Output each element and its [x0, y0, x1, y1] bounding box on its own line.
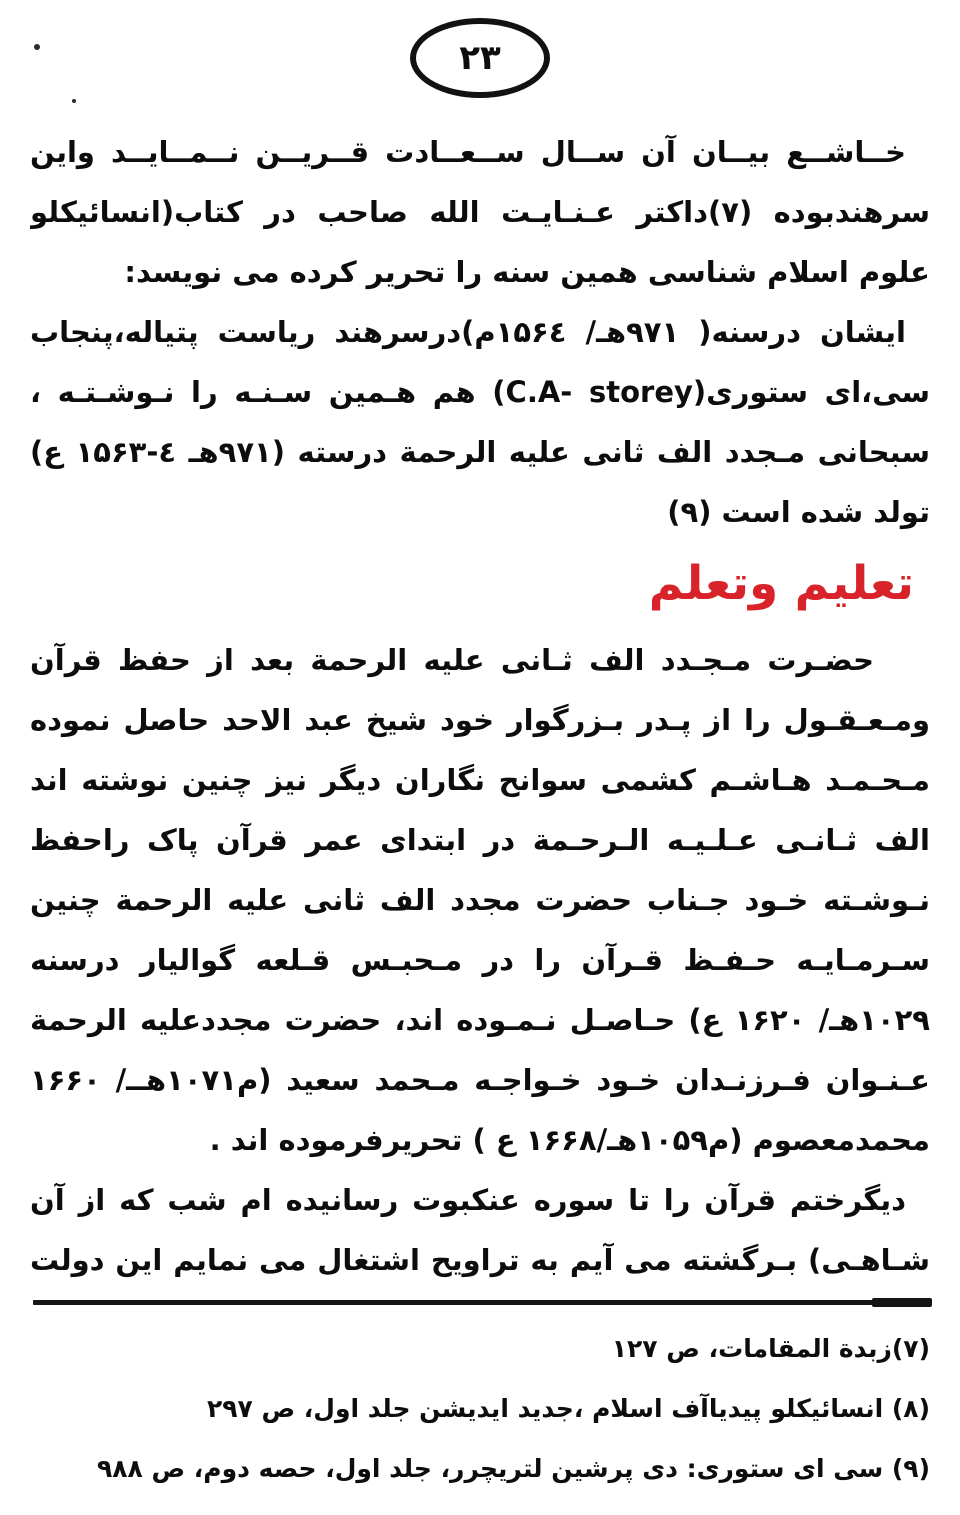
- body-line-11: شـاهـی) بـرگشته می آیم به تراویح اشتغال …: [30, 1230, 930, 1290]
- footnote-8: (۸) انسائیکلو پیدیاآف اسلام ،جدید ایدیشن…: [30, 1379, 930, 1439]
- body-line-4: الف ثـانـی عـلـیـه الـرحـمة در ابتدای عم…: [30, 810, 930, 870]
- intro-line-6: سبحانی مـجدد الف ثانی علیه الرحمة درسته …: [30, 422, 930, 482]
- body-line-9: محمدمعصوم (م۱۰۵۹هـ/۱۶۶۸ ع ) تحریرفرموده …: [30, 1110, 930, 1170]
- footnotes-block: (۷)زبدة المقامات، ص ۱۲۷ (۸) انسائیکلو پی…: [30, 1319, 930, 1499]
- intro-line-3: علوم اسلام شناسی همین سنه را تحریر کرده …: [30, 242, 930, 302]
- body-line-3: مـحـمـد هـاشـم کشمی سوانح نگاران دیگر نی…: [30, 750, 930, 810]
- body-line-5: نـوشـته خـود جـناب حضرت مجدد الف ثانی عل…: [30, 870, 930, 930]
- footnote-9: (۹) سی ای ستوری: دی پرشین لتریچرر، جلد ا…: [30, 1439, 930, 1499]
- body-line-8: عـنـوان فـرزنـدان خـود خـواجـه مـحمد سعی…: [30, 1050, 930, 1110]
- body-line-2: ومـعـقـول را از پـدر بـزرگوار خود شیخ عب…: [30, 690, 930, 750]
- intro-line-7: تولد شده است (۹): [30, 482, 930, 542]
- page-number: ۲۳: [459, 38, 501, 78]
- intro-line-4: ایشان درسنه( ۹۷۱هـ/ ۱۵۶٤م)درسرهند ریاست …: [30, 302, 930, 362]
- intro-line-2: سرهندبوده (۷)داکتر عـنـایـت الله صاحب در…: [30, 182, 930, 242]
- footnote-7: (۷)زبدة المقامات، ص ۱۲۷: [30, 1319, 930, 1379]
- book-page: ۲۳ خــاشــع بیــان آن ســال ســعــادت قـ…: [0, 0, 960, 1515]
- scan-speck: [34, 44, 40, 50]
- intro-line-5: سی،ای ستوری(C.A- storey) هم هـمین سـنـه …: [30, 362, 930, 422]
- body-line-7: ۱۰۲۹هـ/ ۱۶۲۰ ع) حـاصـل نـمـوده اند، حضرت…: [30, 990, 930, 1050]
- body-line-10: دیگرختم قرآن را تا سوره عنکبوت رسانیده ا…: [30, 1170, 930, 1230]
- section-heading: تعلیم وتعلم: [30, 548, 914, 620]
- footnote-separator: [33, 1300, 930, 1305]
- body-line-1: حضـرت مـجـدد الف ثـانی علیه الرحمة بعد ا…: [30, 630, 930, 690]
- page-number-badge: ۲۳: [410, 18, 550, 98]
- intro-line-1: خــاشــع بیــان آن ســال ســعــادت قــری…: [30, 122, 930, 182]
- page-content: خــاشــع بیــان آن ســال ســعــادت قــری…: [0, 98, 960, 1499]
- body-line-6: سـرمـایـه حـفـظ قـرآن را در مـحبـس قـلعه…: [30, 930, 930, 990]
- scan-speck: [72, 99, 76, 103]
